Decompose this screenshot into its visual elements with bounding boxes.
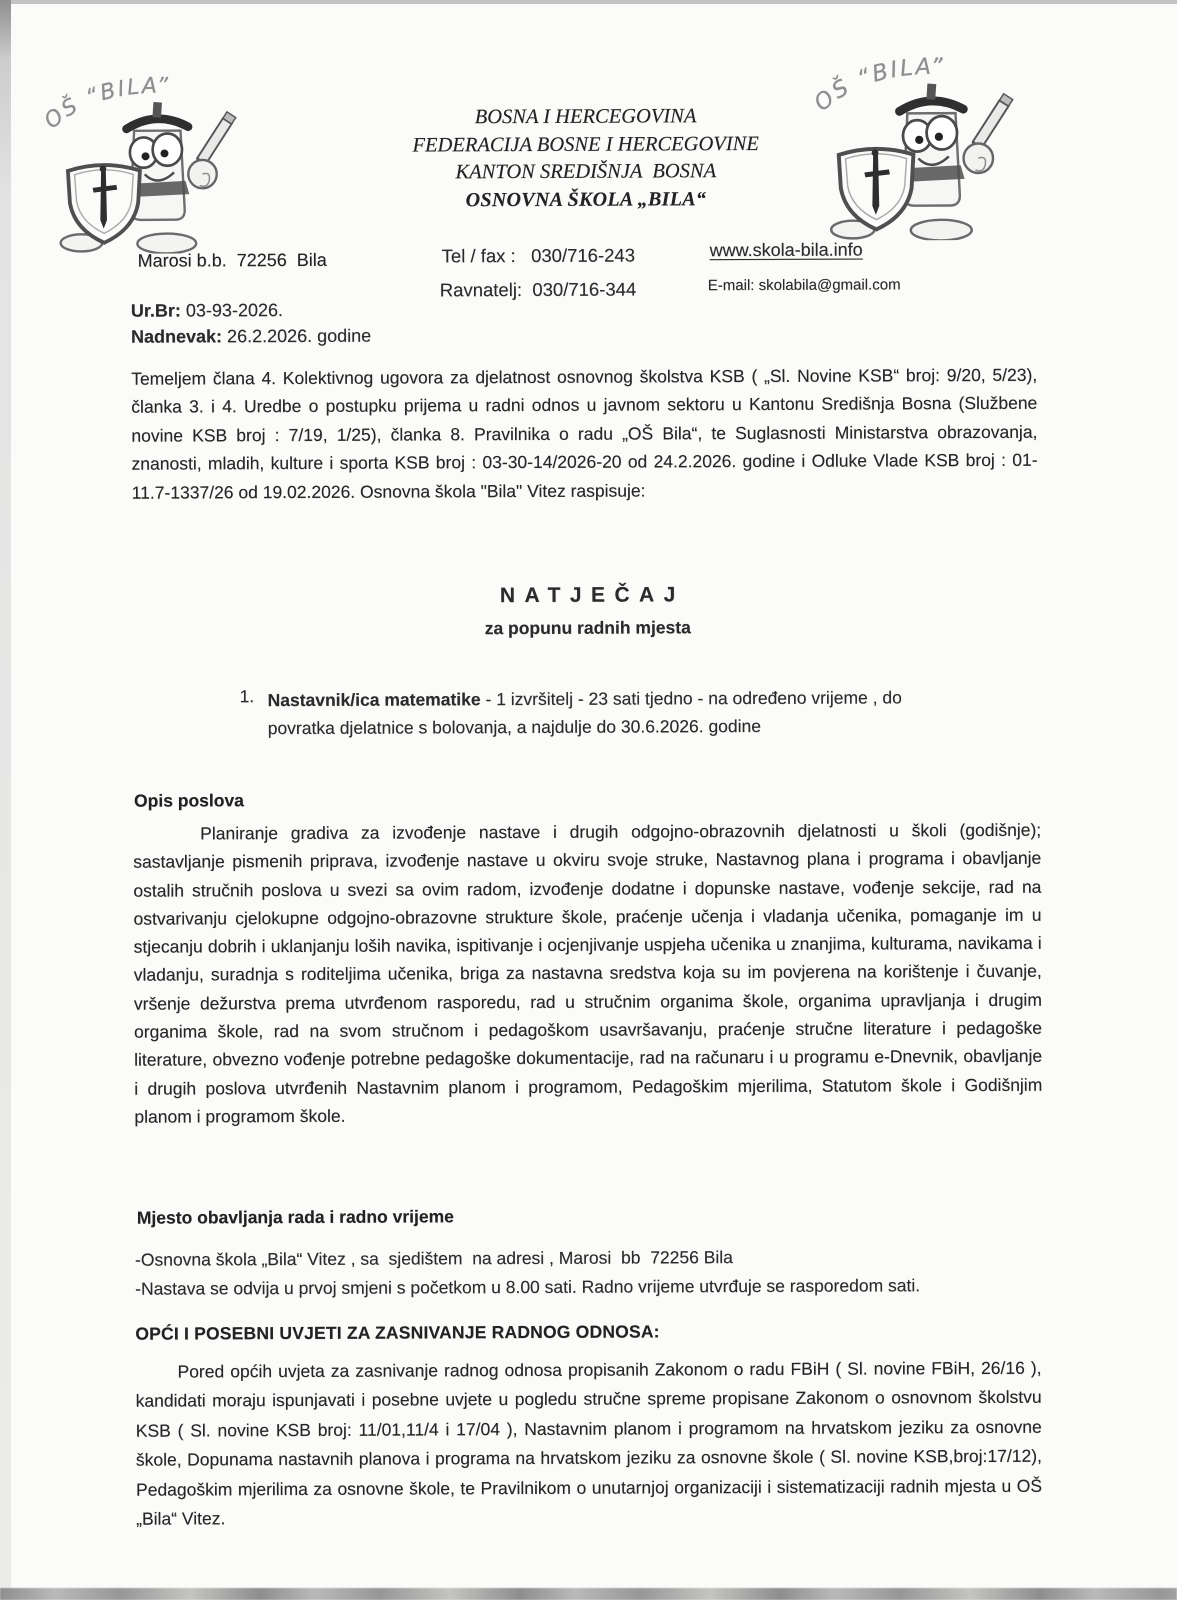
workplace-lines: -Osnovna škola „Bila“ Vitez , sa sjedišt… bbox=[135, 1242, 1065, 1303]
conditions-paragraph: Pored općih uvjeta za zasnivanje radnog … bbox=[135, 1354, 1042, 1534]
job-description-paragraph: Planiranje gradiva za izvođenje nastave … bbox=[133, 816, 1042, 1131]
letterhead-org-block: BOSNA I HERCEGOVINA FEDERACIJA BOSNE I H… bbox=[0, 101, 1174, 216]
date-value: 26.2.2026. godine bbox=[222, 326, 371, 347]
date-line: Nadnevak: 26.2.2026. godine bbox=[131, 326, 371, 348]
document-title: NATJEČAJ bbox=[0, 581, 1176, 610]
school-address: Marosi b.b. 72256 Bila bbox=[138, 250, 327, 272]
principal-phone-line: Ravnatelj: 030/716-344 bbox=[440, 278, 637, 301]
scanned-document-page: OŠ “BILA” bbox=[0, 0, 1177, 1600]
document-content: OŠ “BILA” bbox=[0, 0, 1177, 1600]
legal-basis-paragraph: Temeljem člana 4. Kolektivnog ugovora za… bbox=[131, 361, 1038, 507]
job-description-heading: Opis poslova bbox=[134, 790, 244, 811]
workplace-address-line: -Osnovna škola „Bila“ Vitez , sa sjedišt… bbox=[135, 1242, 1065, 1275]
vacancy-item: Nastavnik/ica matematike - 1 izvršitelj … bbox=[268, 683, 974, 743]
reference-number-value: 03-93-2026. bbox=[181, 300, 283, 320]
date-label: Nadnevak: bbox=[131, 326, 222, 346]
reference-number-label: Ur.Br: bbox=[131, 300, 181, 320]
reference-number-line: Ur.Br: 03-93-2026. bbox=[131, 300, 283, 322]
conditions-heading: OPĆI I POSEBNI UVJETI ZA ZASNIVANJE RADN… bbox=[135, 1321, 659, 1344]
workplace-hours-line: -Nastava se odvija u prvoj smjeni s poče… bbox=[135, 1270, 1065, 1303]
document-subtitle: za popunu radnih mjesta bbox=[0, 615, 1176, 641]
tel-fax-line: Tel / fax : 030/716-243 bbox=[442, 244, 635, 267]
email-line: E-mail: skolabila@gmail.com bbox=[708, 276, 901, 294]
vacancy-item-number: 1. bbox=[240, 686, 255, 707]
org-line-school-name: OSNOVNA ŠKOLA „BILA“ bbox=[0, 184, 1174, 217]
vacancy-position-title: Nastavnik/ica matematike bbox=[268, 689, 481, 710]
website-link: www.skola-bila.info bbox=[710, 239, 863, 261]
workplace-heading: Mjesto obavljanja rada i radno vrijeme bbox=[137, 1206, 454, 1228]
